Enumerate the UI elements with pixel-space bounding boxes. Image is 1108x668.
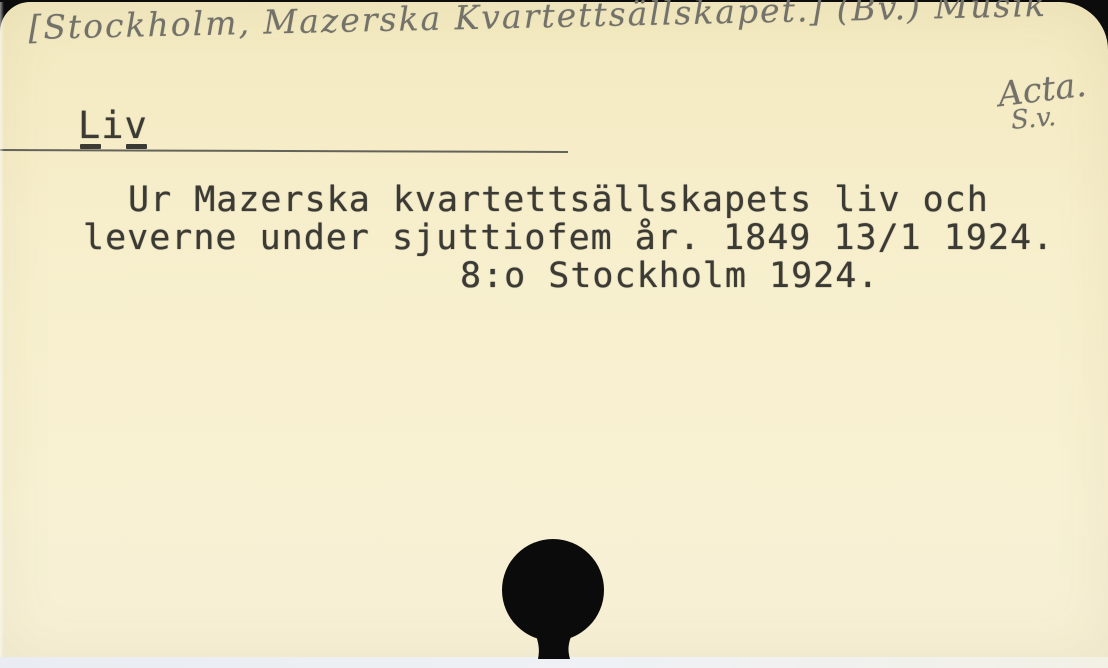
card-heading-text: Liv — [78, 104, 148, 147]
body-line: Ur Mazerska kvartettsällskapets liv och — [128, 181, 1054, 219]
keyhole-punch-icon — [489, 530, 619, 659]
body-line: 8:o Stockholm 1924. — [460, 257, 1054, 295]
catalog-card: [Stockholm, Mazerska Kvartettsällskapet.… — [0, 2, 1108, 657]
handwritten-note-initials: S.v. — [1010, 102, 1057, 136]
heading-rule-line — [0, 149, 568, 153]
card-heading: Liv — [78, 104, 148, 147]
body-line: leverne under sjuttiofem år. 1849 13/1 1… — [83, 219, 1054, 257]
heading-underscore-mark — [126, 144, 147, 149]
handwritten-header: [Stockholm, Mazerska Kvartettsällskapet.… — [28, 0, 1047, 47]
heading-underscore-mark — [80, 144, 101, 149]
typed-body: Ur Mazerska kvartettsällskapets liv och … — [83, 181, 1054, 295]
